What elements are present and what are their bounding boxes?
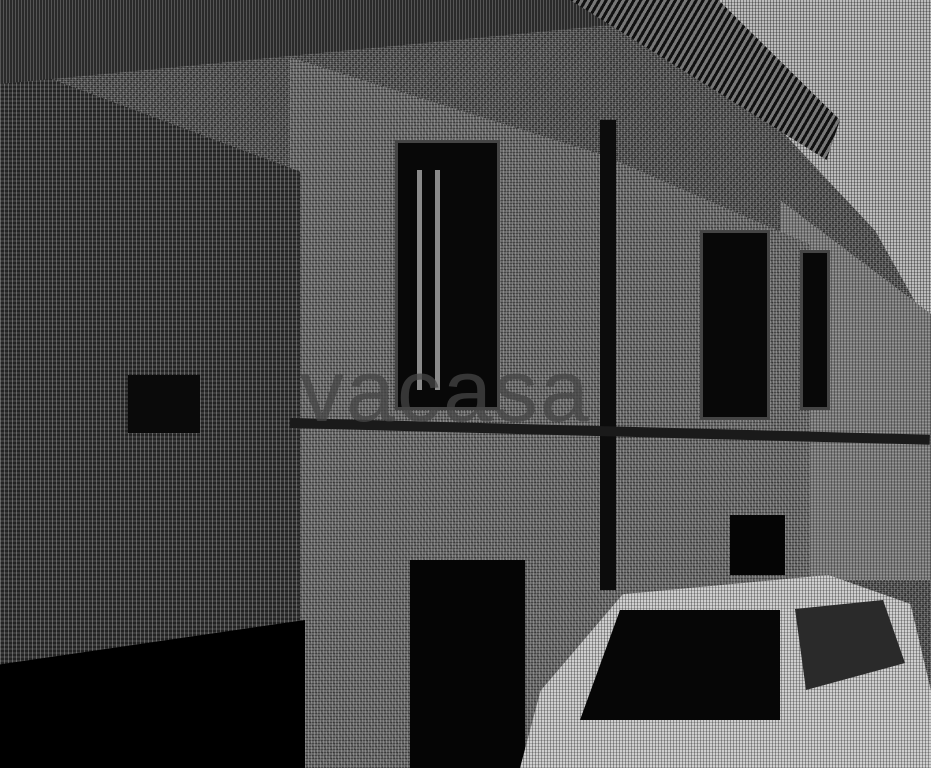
side-window bbox=[700, 230, 770, 420]
parked-car bbox=[520, 575, 931, 768]
small-opening bbox=[730, 515, 785, 575]
doorway bbox=[410, 560, 525, 768]
wall-plaque bbox=[128, 375, 200, 433]
far-window bbox=[800, 250, 830, 410]
barred-window bbox=[395, 140, 500, 410]
window-bar bbox=[435, 170, 440, 390]
drainpipe bbox=[600, 120, 616, 590]
window-bar bbox=[417, 170, 422, 390]
photo-scene: vacasa bbox=[0, 0, 931, 768]
